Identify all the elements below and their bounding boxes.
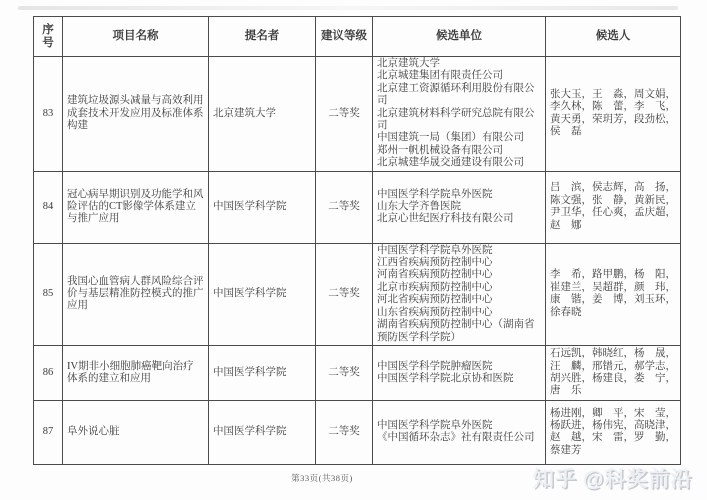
cell-serial: 85 (34, 243, 63, 345)
cell-nominator: 中国医学科学院 (209, 400, 316, 464)
cell-project-name: 冠心病早期识别及功能学和风险评估的CT影像学体系建立与推广应用 (63, 171, 209, 243)
col-header-serial: 序 号 (34, 17, 63, 57)
table-row: 86 IV期非小细胞肺癌靶向治疗体系的建立和应用 中国医学科学院 二等奖 中国医… (34, 345, 681, 400)
cell-serial: 87 (34, 400, 63, 464)
cell-project-name: 建筑垃圾源头减量与高效利用成套技术开发应用及标准体系构建 (63, 57, 209, 172)
page-number: 第33页(共38页) (291, 472, 353, 484)
cell-nominator: 中国医学科学院 (209, 345, 316, 400)
cell-nominator: 中国医学科学院 (209, 171, 316, 243)
table-row: 83 建筑垃圾源头减量与高效利用成套技术开发应用及标准体系构建 北京建筑大学 二… (34, 57, 681, 172)
cell-grade: 二等奖 (316, 57, 373, 172)
cell-units: 中国医学科学院肿瘤医院 中国医学科学院北京协和医院 (373, 345, 546, 400)
col-header-units: 候选单位 (373, 17, 546, 57)
col-header-nominator: 提名者 (209, 17, 316, 57)
cell-units: 中国医学科学院阜外医院 《中国循环杂志》社有限责任公司 (373, 400, 546, 464)
cell-nominator: 北京建筑大学 (209, 57, 316, 172)
cell-grade: 二等奖 (316, 400, 373, 464)
cell-candidates: 李 希，路甲鹏，杨 阳，崔建兰，吴超群，颜 玮，康 锴，姜 博，刘玉环，徐春晓 (546, 243, 681, 345)
cell-project-name: IV期非小细胞肺癌靶向治疗体系的建立和应用 (63, 345, 209, 400)
cell-candidates: 张大玉，王 淼，周文娟，李久林，陈 蕾，李 飞，黄天勇，荣玥芳，段劲松，侯 磊 (546, 57, 681, 172)
cell-candidates: 石远凯，韩晓红，杨 晟，汪 麟，邢镨元，郝学志，胡兴胜，杨建良，娄 宁，唐 乐 (546, 345, 681, 400)
cell-units: 中国医学科学院阜外医院 江西省疾病预防控制中心 河南省疾病预防控制中心 北京市疾… (373, 243, 546, 345)
cell-project-name: 阜外说心脏 (63, 400, 209, 464)
cell-serial: 84 (34, 171, 63, 243)
table-header-row: 序 号 项目名称 提名者 建议等级 候选单位 候选人 (34, 17, 681, 57)
cell-project-name: 我国心血管病人群风险综合评价与基层精准防控模式的推广应用 (63, 243, 209, 345)
col-header-candidates: 候选人 (546, 17, 681, 57)
table-row: 87 阜外说心脏 中国医学科学院 二等奖 中国医学科学院阜外医院 《中国循环杂志… (34, 400, 681, 464)
table-row: 84 冠心病早期识别及功能学和风险评估的CT影像学体系建立与推广应用 中国医学科… (34, 171, 681, 243)
awards-table: 序 号 项目名称 提名者 建议等级 候选单位 候选人 83 建筑垃圾源头减量与高… (33, 16, 681, 465)
col-header-grade: 建议等级 (316, 17, 373, 57)
cell-grade: 二等奖 (316, 243, 373, 345)
cell-nominator: 中国医学科学院 (209, 243, 316, 345)
zhihu-watermark: 知乎@科奖前沿 (533, 463, 692, 493)
scan-artifact (18, 6, 678, 10)
cell-units: 北京建筑大学 北京城建集团有限责任公司 北京建工资源循环利用股份有限公司 北京建… (373, 57, 546, 172)
cell-serial: 83 (34, 57, 63, 172)
cell-grade: 二等奖 (316, 345, 373, 400)
cell-serial: 86 (34, 345, 63, 400)
cell-grade: 二等奖 (316, 171, 373, 243)
col-header-project-name: 项目名称 (63, 17, 209, 57)
cell-units: 中国医学科学院阜外医院 山东大学齐鲁医院 北京心世纪医疗科技有限公司 (373, 171, 546, 243)
zhihu-logo-text: 知乎 (533, 468, 577, 491)
cell-candidates: 吕 滨，侯志辉，高 扬，陈文强，张 静，黄新民，尹卫华，任心爽，孟庆超，赵 娜 (546, 171, 681, 243)
watermark-author: @科奖前沿 (583, 468, 692, 491)
cell-candidates: 杨进刚，卿 平，宋 莹，杨跃进，杨伟宪，高晓津，赵 越，宋 雷，罗 勤，蔡建芳 (546, 400, 681, 464)
table-row: 85 我国心血管病人群风险综合评价与基层精准防控模式的推广应用 中国医学科学院 … (34, 243, 681, 345)
